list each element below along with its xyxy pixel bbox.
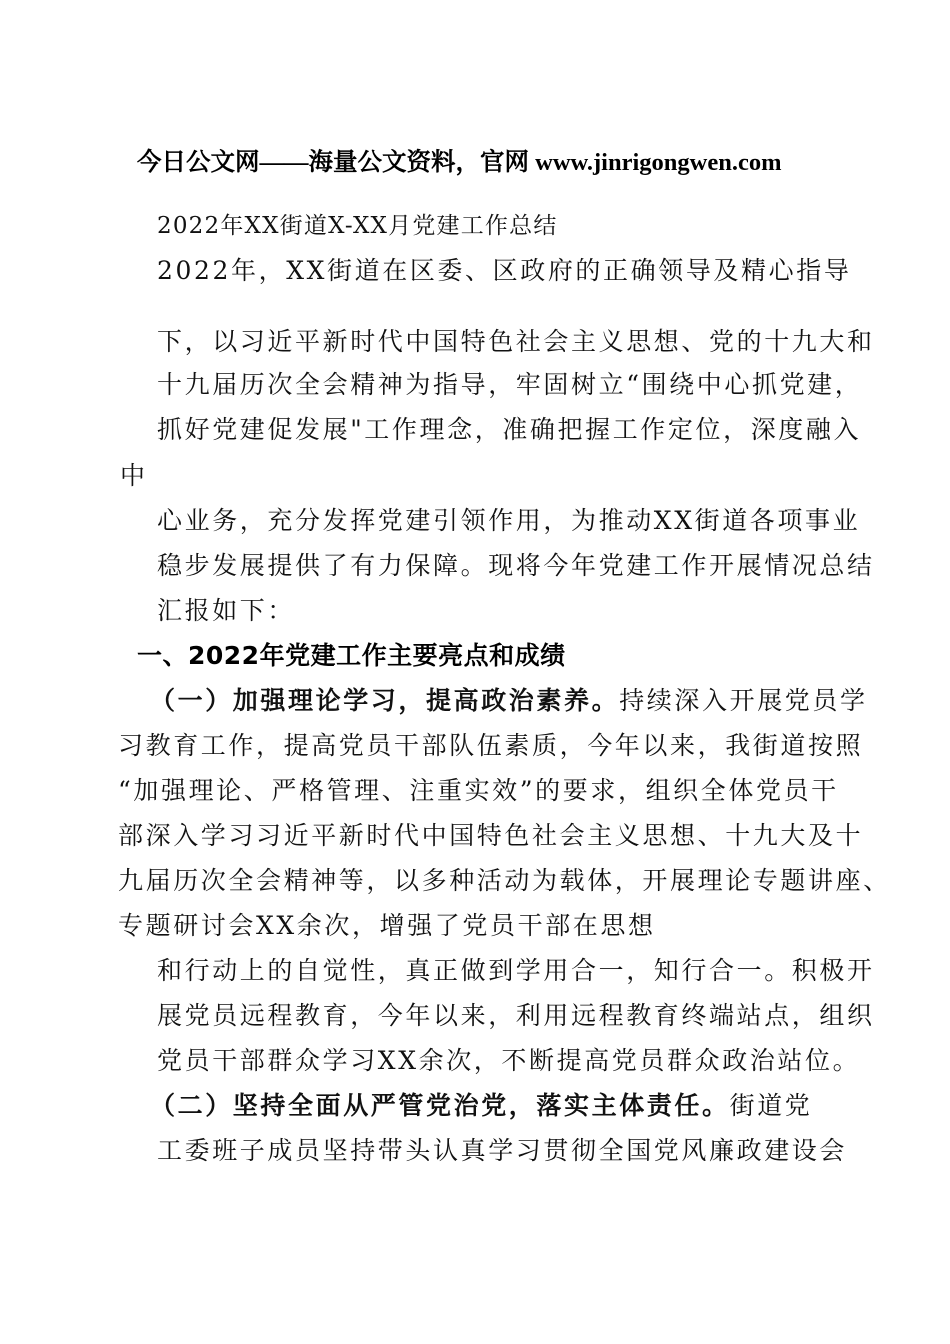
intro-line: 稳步发展提供了有力保障。现将今年党建工作开展情况总结 — [157, 551, 875, 581]
intro-line: 抓好党建促发展"工作理念，准确把握工作定位，深度融入 — [157, 415, 861, 445]
paragraph-line: （二）坚持全面从严管党治党，落实主体责任。街道党 — [150, 1091, 812, 1121]
site-banner: 今日公文网——海量公文资料，官网 www.jinrigongwen.com — [137, 148, 781, 178]
paragraph-line: “加强理论、严格管理、注重实效”的要求，组织全体党员干 — [118, 776, 839, 806]
subsection-lead: （一）加强理论学习，提高政治素养。 — [150, 686, 619, 715]
paragraph-line: 九届历次全会精神等，以多种活动为载体，开展理论专题讲座、 — [118, 866, 891, 896]
intro-line: 中 — [120, 461, 148, 491]
paragraph-line: 展党员远程教育，今年以来，利用远程教育终端站点，组织 — [157, 1001, 875, 1031]
paragraph-line: （一）加强理论学习，提高政治素养。持续深入开展党员学 — [150, 686, 868, 716]
paragraph-line: 部深入学习习近平新时代中国特色社会主义思想、十九大及十 — [118, 821, 863, 851]
document-page: 今日公文网——海量公文资料，官网 www.jinrigongwen.com 20… — [0, 0, 950, 1344]
section-heading: 一、2022年党建工作主要亮点和成绩 — [137, 641, 566, 671]
intro-line: 心业务，充分发挥党建引领作用，为推动XX街道各项事业 — [157, 506, 860, 536]
paragraph-line: 工委班子成员坚持带头认真学习贯彻全国党风廉政建设会 — [157, 1136, 847, 1166]
intro-line: 十九届历次全会精神为指导，牢固树立“围绕中心抓党建， — [157, 370, 862, 400]
subsection-lead: （二）坚持全面从严管党治党，落实主体责任。 — [150, 1091, 730, 1120]
paragraph-text: 街道党 — [730, 1091, 813, 1120]
intro-line: 汇报如下： — [157, 596, 295, 626]
intro-line: 下，以习近平新时代中国特色社会主义思想、党的十九大和 — [157, 327, 875, 357]
document-title: 2022年XX街道X-XX月党建工作总结 — [157, 211, 558, 241]
paragraph-line: 习教育工作，提高党员干部队伍素质，今年以来，我街道按照 — [118, 731, 863, 761]
paragraph-line: 和行动上的自觉性，真正做到学用合一，知行合一。积极开 — [157, 956, 875, 986]
intro-line: 2022年，XX街道在区委、区政府的正确领导及精心指导 — [157, 256, 851, 286]
paragraph-line: 党员干部群众学习XX余次，不断提高党员群众政治站位。 — [157, 1046, 860, 1076]
paragraph-line: 专题研讨会XX余次，增强了党员干部在思想 — [118, 911, 656, 941]
paragraph-text: 持续深入开展党员学 — [619, 686, 867, 715]
